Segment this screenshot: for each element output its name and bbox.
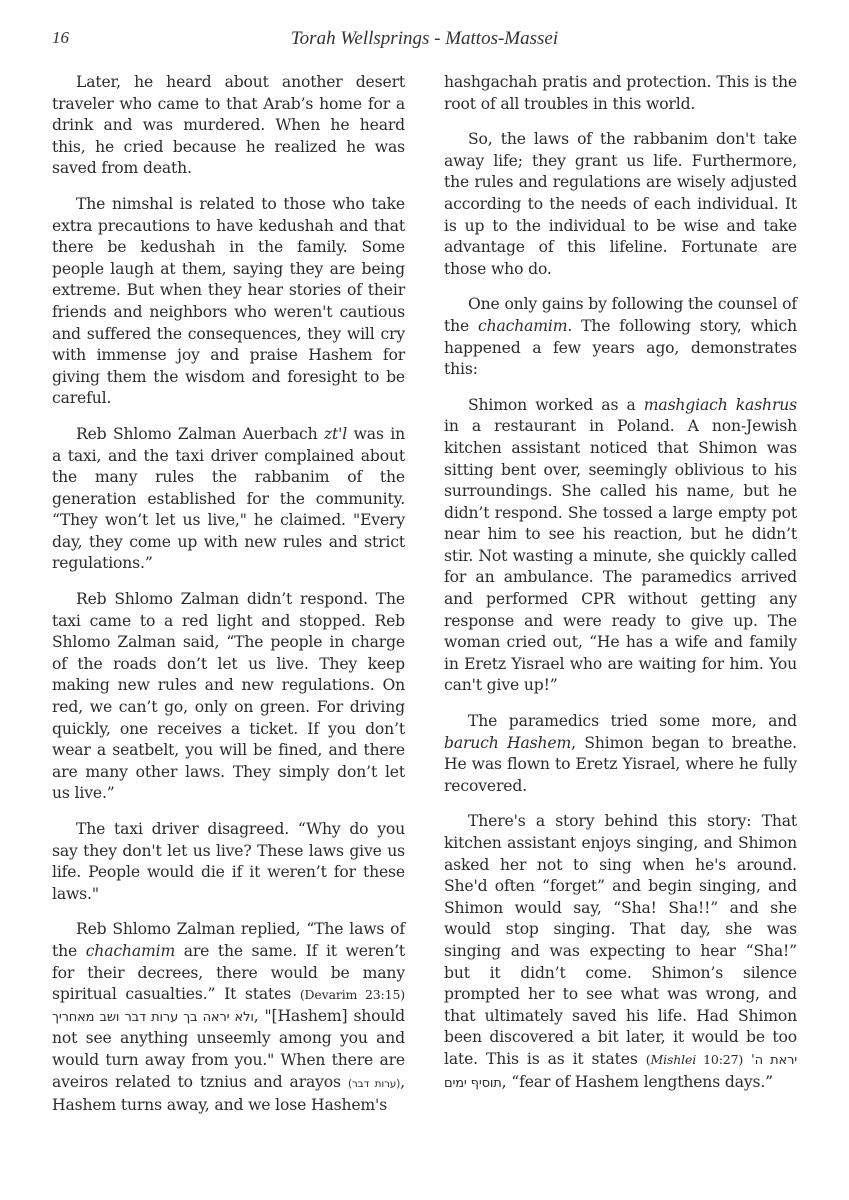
paragraph: There's a story behind this story: That … <box>444 811 797 1094</box>
paragraph: One only gains by following the counsel … <box>444 294 797 380</box>
paragraph: Shimon worked as a mashgiach kashrus in … <box>444 395 797 697</box>
paragraph: The nimshal is related to those who take… <box>52 194 405 410</box>
left-column: Later, he heard about another desert tra… <box>52 72 405 1131</box>
term-italic: baruch Hashem <box>444 734 571 752</box>
text-span: Shimon worked as a <box>468 396 644 414</box>
paragraph: Later, he heard about another desert tra… <box>52 72 405 180</box>
paragraph: The taxi driver disagreed. “Why do you s… <box>52 819 405 905</box>
honorific-italic: zt'l <box>324 425 347 443</box>
text-span: was in a taxi, and the taxi driver compl… <box>52 425 405 573</box>
paragraph: Reb Shlomo Zalman Auerbach zt'l was in a… <box>52 424 405 575</box>
term-italic: mashgiach kashrus <box>644 396 797 414</box>
source-citation: (Mishlei 10:27) <box>646 1052 743 1067</box>
paragraph: Reb Shlomo Zalman replied, “The laws of … <box>52 919 405 1116</box>
hebrew-quote: ולא יראה בך ערות דבר ושב מאחריך <box>52 1010 254 1025</box>
page-header: 16 Torah Wellsprings - Mattos-Massei <box>0 28 849 54</box>
right-column: hashgachah pratis and protection. This i… <box>444 72 797 1108</box>
text-span: , “fear of Hashem lengthens days.” <box>502 1073 773 1091</box>
text-span: in a restaurant in Poland. A non-Jewish … <box>444 417 797 694</box>
hebrew-citation: (ערות דבר) <box>348 1078 400 1090</box>
paragraph: So, the laws of the rabbanim don't take … <box>444 129 797 280</box>
running-title: Torah Wellsprings - Mattos-Massei <box>0 28 849 50</box>
paragraph: Reb Shlomo Zalman didn’t respond. The ta… <box>52 589 405 805</box>
term-italic: chachamim <box>86 942 175 960</box>
text-span: Reb Shlomo Zalman Auerbach <box>76 425 324 443</box>
paragraph-continued: hashgachah pratis and protection. This i… <box>444 72 797 115</box>
text-span: 10:27) <box>696 1052 743 1067</box>
source-citation: (Devarim 23:15) <box>300 987 405 1002</box>
paragraph: The paramedics tried some more, and baru… <box>444 711 797 797</box>
source-book-italic: Mishlei <box>650 1052 696 1067</box>
text-span: There's a story behind this story: That … <box>444 812 797 1068</box>
text-span: The paramedics tried some more, and <box>468 712 797 730</box>
term-italic: chachamim <box>478 317 567 335</box>
